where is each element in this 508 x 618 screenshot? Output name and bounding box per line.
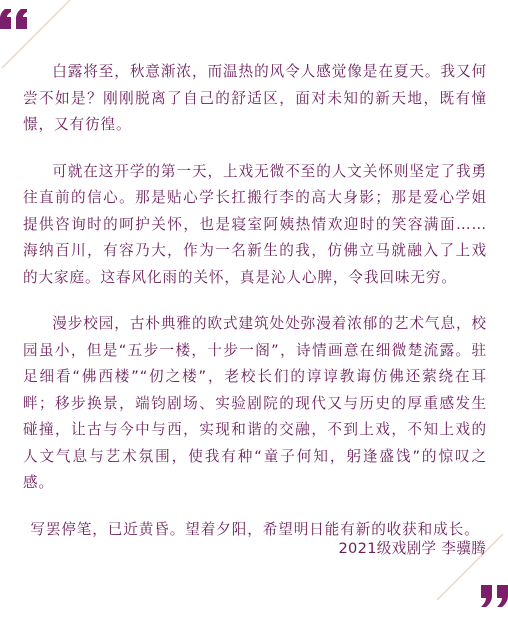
article-body: 白露将至，秋意渐浓，而温热的风令人感觉像是在夏天。我又何尝不如是？刚刚脱离了自己… xyxy=(23,59,487,563)
paragraph-1: 白露将至，秋意渐浓，而温热的风令人感觉像是在夏天。我又何尝不如是？刚刚脱离了自己… xyxy=(23,59,487,139)
close-quote-icon xyxy=(481,585,508,607)
paragraph-2: 可就在这开学的第一天，上戏无微不至的人文关怀则坚定了我勇往直前的信心。那是贴心学… xyxy=(23,159,487,292)
author-signature: 2021级戏剧学 李骥腾 xyxy=(338,536,486,562)
open-quote-icon xyxy=(0,9,28,29)
paragraph-3: 漫步校园，古朴典雅的欧式建筑处处弥漫着浓郁的艺术气息，校园虽小，但是“五步一楼，… xyxy=(23,311,487,497)
